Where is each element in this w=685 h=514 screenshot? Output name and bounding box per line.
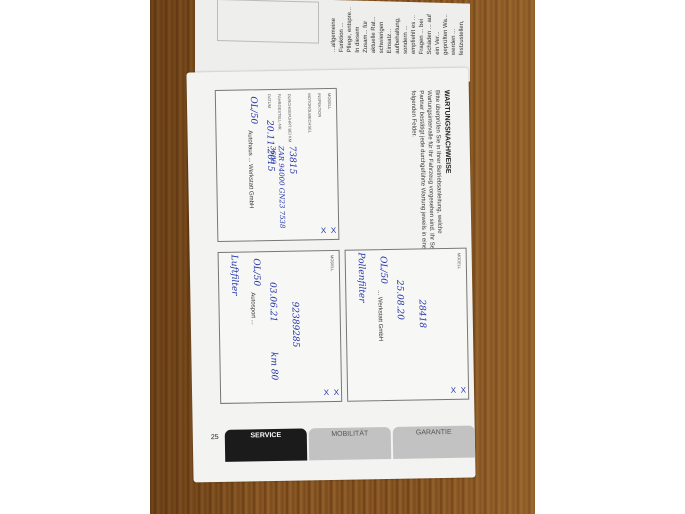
label-vin: FAHRGESTELL-NR. xyxy=(277,94,283,131)
entry-stamp: Autohaus ... Werkstatt GmbH xyxy=(246,130,253,208)
entry-note: OL/50 xyxy=(251,258,261,286)
intro-text: Bitte überprüfen Sie in Ihrer Betriebsan… xyxy=(405,90,444,271)
service-entry-card: MODELL 92389285 03.06.21 OL/50 Luftfilte… xyxy=(218,250,343,404)
check-oil-change: X xyxy=(451,386,457,395)
tab-service: SERVICE xyxy=(225,428,308,461)
entry-mileage: 28418 xyxy=(416,299,426,328)
check-inspection: X xyxy=(461,386,467,395)
entry-stamp: Autosport ... xyxy=(249,292,256,324)
entry-note: OL/50 xyxy=(378,256,388,284)
section-tabs: SERVICE MOBILITÄT GARANTIE xyxy=(225,426,474,466)
check-oil-change: X xyxy=(321,226,327,235)
service-entry-card: MODELL INSPEKTION MOTORÖLWECHSEL DURCHGE… xyxy=(215,88,340,242)
entry-date: 20.11.2015 xyxy=(264,120,275,172)
label-mileage: DURCHGEFÜHRT BEI KM xyxy=(287,94,293,142)
check-oil-change: X xyxy=(324,388,330,397)
entry-extra: Luftfilter xyxy=(229,255,240,296)
previous-page-text: ...allgemeine Funktion ... Pflege, entsp… xyxy=(330,2,465,56)
tab-mobility: MOBILITÄT xyxy=(309,427,392,460)
check-inspection: X xyxy=(331,226,337,235)
entry-stamp: ... Werkstatt GmbH xyxy=(376,290,383,341)
entry-mileage: 73815 xyxy=(287,146,297,175)
entry-date: 25.08.20 xyxy=(394,280,405,320)
entry-date: 03.06.21 xyxy=(267,282,278,322)
entry-annotation: km 80 xyxy=(268,352,278,380)
service-page: WARTUNGSNACHWEISE Bitte überprüfen Sie i… xyxy=(186,68,475,483)
check-inspection: X xyxy=(334,388,340,397)
label-date: DATUM xyxy=(267,94,272,108)
entry-mileage: 92389285 xyxy=(289,302,300,348)
label-model: MODELL xyxy=(327,93,332,110)
section-title: WARTUNGSNACHWEISE xyxy=(443,90,451,174)
tab-warranty: GARANTIE xyxy=(393,426,476,459)
label-oil-change: MOTORÖLWECHSEL xyxy=(307,93,313,133)
page-number: 25 xyxy=(211,434,219,441)
photo-placeholder-box xyxy=(217,0,319,44)
label-model: MODELL xyxy=(457,253,462,270)
label-inspection: INSPEKTION xyxy=(317,93,322,117)
label-model: MODELL xyxy=(330,255,335,272)
service-entry-card: MODELL 28418 25.08.20 OL/50 Pollenfilter… xyxy=(345,248,470,402)
entry-note: OL/50 xyxy=(248,96,258,124)
entry-extra: Pollenfilter xyxy=(356,252,367,302)
